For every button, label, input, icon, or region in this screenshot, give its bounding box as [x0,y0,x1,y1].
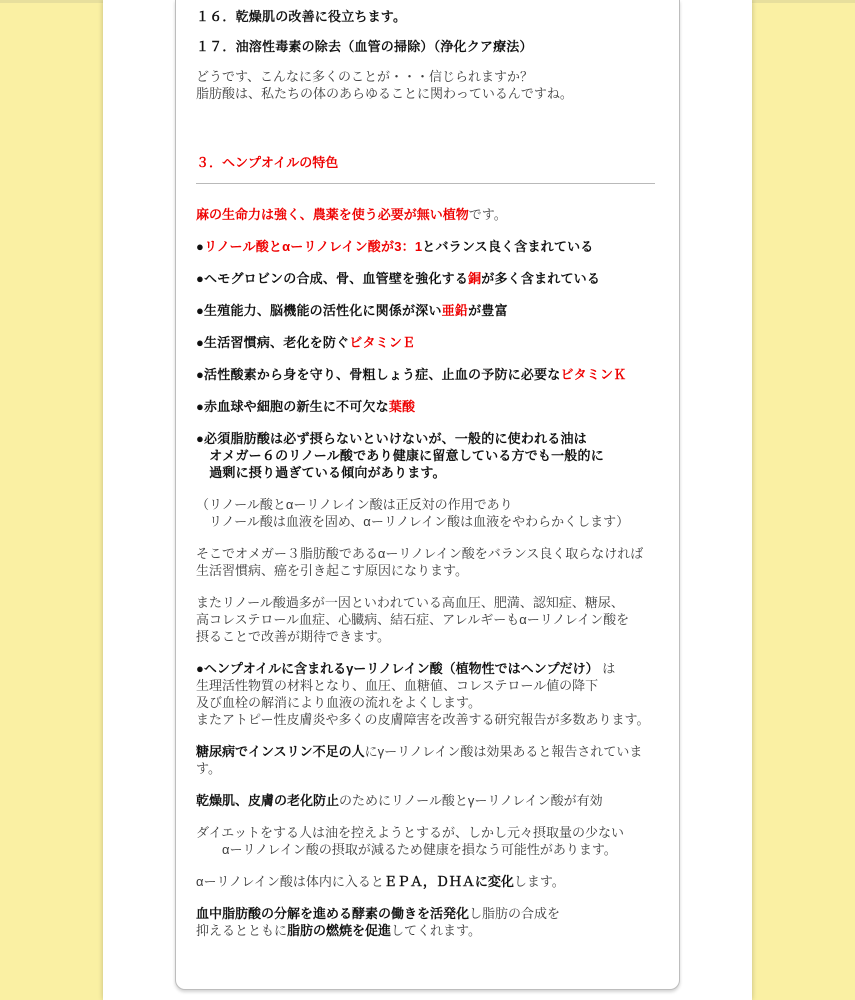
text-segment: 過剰に摂り過ぎている傾向があります。 [196,465,446,480]
paragraph: αーリノレイン酸は体内に入るとＥＰＡ，ＤＨＡに変化します。 [196,873,655,890]
text-line: ●リノール酸とαーリノレイン酸が3：1とバランス良く含まれている [196,238,655,255]
text-segment: またアトピー性皮膚炎や多くの皮膚障害を改善する研究報告が多数あります。 [196,712,649,727]
article-body: １６．乾燥肌の改善に役立ちます。１７．油溶性毒素の除去（血管の掃除）（浄化クア療… [196,8,655,939]
text-line: 抑えるとともに脂肪の燃焼を促進してくれます。 [196,922,655,939]
text-segment: 摂ることで改善が期待できます。 [196,629,390,644]
text-line: またリノール酸過多が一因といわれている高血圧、肥満、認知症、糖尿、 [196,594,655,611]
section-divider [196,183,655,184]
text-segment: どうです、こんなに多くのことが・・・信じられますか？ [196,69,533,84]
text-line: 摂ることで改善が期待できます。 [196,628,655,645]
text-segment: そこでオメガー３脂肪酸であるαーリノレイン酸をバランス良く取らなければ [196,546,643,561]
paragraph: 糖尿病でインスリン不足の人にγーリノレイン酸は効果あると報告されています。 [196,743,655,777]
text-line: そこでオメガー３脂肪酸であるαーリノレイン酸をバランス良く取らなければ [196,545,655,562]
text-line: ●活性酸素から身を守り、骨粗しょう症、止血の予防に必要なビタミンＫ [196,366,655,383]
text-line: 生活習慣病、癌を引き起こす原因になります。 [196,562,655,579]
text-segment: リノール酸とαーリノレイン酸が3：1 [204,239,422,254]
text-line: 糖尿病でインスリン不足の人にγーリノレイン酸は効果あると報告されています。 [196,743,655,777]
text-line: αーリノレイン酸は体内に入るとＥＰＡ，ＤＨＡに変化します。 [196,873,655,890]
bullet-item: ●活性酸素から身を守り、骨粗しょう症、止血の予防に必要なビタミンＫ [196,366,655,383]
text-segment: が多く含まれている [481,271,600,286]
text-segment: ●活性酸素から身を守り、骨粗しょう症、止血の予防に必要な [196,367,560,382]
section-heading: ３．ヘンプオイルの特色 [196,154,655,171]
bullet-item: ●必須脂肪酸は必ず摂らないといけないが、一般的に使われる油は オメガー６のリノー… [196,430,655,481]
text-line: ●生殖能力、脳機能の活性化に関係が深い亜鉛が豊富 [196,302,655,319]
text-segment: ●赤血球や細胞の新生に不可欠な [196,399,389,414]
text-segment: 亜鉛 [442,303,468,318]
text-line: またアトピー性皮膚炎や多くの皮膚障害を改善する研究報告が多数あります。 [196,711,655,728]
text-line: 血中脂肪酸の分解を進める酵素の働きを活発化し脂肪の合成を [196,905,655,922]
text-segment: ダイエットをする人は油を控えようとするが、しかし元々摂取量の少ない [196,825,624,840]
text-segment: 乾燥肌、皮膚の老化防止 [196,793,339,808]
paragraph: またリノール酸過多が一因といわれている高血圧、肥満、認知症、糖尿、高コレステロー… [196,594,655,645]
text-segment: です。 [469,207,507,222]
text-line: ３．ヘンプオイルの特色 [196,154,655,171]
text-line: ●赤血球や細胞の新生に不可欠な葉酸 [196,398,655,415]
text-segment: 血中脂肪酸の分解を進める酵素の働きを活発化 [196,906,469,921]
text-segment: リノール酸は血液を固め、αーリノレイン酸は血液をやわらかくします） [196,514,629,529]
list-item-heading: １７．油溶性毒素の除去（血管の掃除）（浄化クア療法） [196,38,655,55]
text-line: １７．油溶性毒素の除去（血管の掃除）（浄化クア療法） [196,38,655,55]
text-segment: αーリノレイン酸は体内に入ると [196,874,384,889]
bullet-item: ●リノール酸とαーリノレイン酸が3：1とバランス良く含まれている [196,238,655,255]
text-segment: とバランス良く含まれている [422,239,593,254]
text-segment: 生理活性物質の材料となり、血圧、血糖値、コレステロール値の降下 [196,678,598,693]
text-segment: ●生活習慣病、老化を防ぐ [196,335,349,350]
text-line: 高コレステロール血症、心臓病、結石症、アレルギーもαーリノレイン酸を [196,611,655,628]
text-segment: 麻の生命力は強く、農薬を使う必要が無い植物 [196,207,469,222]
text-segment: ● [196,239,204,254]
text-segment: ビタミンＫ [560,367,626,382]
text-segment: 高コレステロール血症、心臓病、結石症、アレルギーもαーリノレイン酸を [196,612,629,627]
bullet-item: ●ヘモグロビンの合成、骨、血管壁を強化する銅が多く含まれている [196,270,655,287]
text-segment: オメガー６のリノール酸であり健康に留意している方でも一般的に [196,448,604,463]
text-line: 過剰に摂り過ぎている傾向があります。 [196,464,655,481]
page-background: １６．乾燥肌の改善に役立ちます。１７．油溶性毒素の除去（血管の掃除）（浄化クア療… [0,0,855,1000]
text-segment: ビタミンＥ [349,335,415,350]
text-segment: ●ヘンプオイルに含まれるγーリノレイン酸（植物性ではヘンプだけ） [196,661,599,676]
text-segment: 葉酸 [389,399,415,414]
text-line: １６．乾燥肌の改善に役立ちます。 [196,8,655,25]
text-segment: 脂肪酸は、私たちの体のあらゆることに関わっているんですね。 [196,86,573,101]
text-segment: またリノール酸過多が一因といわれている高血圧、肥満、認知症、糖尿、 [196,595,624,610]
text-segment: 脂肪の燃焼を促進 [287,923,391,938]
paragraph: （リノール酸とαーリノレイン酸は正反対の作用であり リノール酸は血液を固め、αー… [196,496,655,530]
text-segment: 糖尿病でインスリン不足の人 [196,744,365,759]
text-line: 及び血栓の解消により血液の流れをよくします。 [196,694,655,711]
text-line: 麻の生命力は強く、農薬を使う必要が無い植物です。 [196,206,655,223]
text-segment: 銅 [468,271,481,286]
article-card: １６．乾燥肌の改善に役立ちます。１７．油溶性毒素の除去（血管の掃除）（浄化クア療… [175,0,680,990]
content-column: １６．乾燥肌の改善に役立ちます。１７．油溶性毒素の除去（血管の掃除）（浄化クア療… [103,0,752,1000]
text-line: ●必須脂肪酸は必ず摂らないといけないが、一般的に使われる油は [196,430,655,447]
text-segment: のためにリノール酸とγーリノレイン酸が有効 [339,793,603,808]
text-line: αーリノレイン酸の摂取が減るため健康を損なう可能性があります。 [196,841,655,858]
paragraph: 血中脂肪酸の分解を進める酵素の働きを活発化し脂肪の合成を抑えるとともに脂肪の燃焼… [196,905,655,939]
bullet-item: ●生殖能力、脳機能の活性化に関係が深い亜鉛が豊富 [196,302,655,319]
text-line: （リノール酸とαーリノレイン酸は正反対の作用であり [196,496,655,513]
text-segment: ３．ヘンプオイルの特色 [196,155,338,170]
paragraph: そこでオメガー３脂肪酸であるαーリノレイン酸をバランス良く取らなければ生活習慣病… [196,545,655,579]
text-segment: ●生殖能力、脳機能の活性化に関係が深い [196,303,442,318]
paragraph: 乾燥肌、皮膚の老化防止のためにリノール酸とγーリノレイン酸が有効 [196,792,655,809]
text-segment: １７．油溶性毒素の除去（血管の掃除）（浄化クア療法） [196,39,533,54]
text-segment: ＥＰＡ，ＤＨＡに変化 [384,874,514,889]
text-line: ●ヘンプオイルに含まれるγーリノレイン酸（植物性ではヘンプだけ） は [196,660,655,677]
text-line: ●ヘモグロビンの合成、骨、血管壁を強化する銅が多く含まれている [196,270,655,287]
bullet-item: ●生活習慣病、老化を防ぐビタミンＥ [196,334,655,351]
text-segment: 及び血栓の解消により血液の流れをよくします。 [196,695,481,710]
text-segment: します。 [514,874,565,889]
text-line: リノール酸は血液を固め、αーリノレイン酸は血液をやわらかくします） [196,513,655,530]
text-line: 脂肪酸は、私たちの体のあらゆることに関わっているんですね。 [196,85,655,102]
paragraph: ダイエットをする人は油を控えようとするが、しかし元々摂取量の少ない αーリノレイ… [196,824,655,858]
text-line: ●生活習慣病、老化を防ぐビタミンＥ [196,334,655,351]
paragraph: ●ヘンプオイルに含まれるγーリノレイン酸（植物性ではヘンプだけ） は生理活性物質… [196,660,655,728]
text-segment: 抑えるとともに [196,923,287,938]
text-segment: ●必須脂肪酸は必ず摂らないといけないが、一般的に使われる油は [196,431,587,446]
text-segment: ●ヘモグロビンの合成、骨、血管壁を強化する [196,271,468,286]
text-segment: 生活習慣病、癌を引き起こす原因になります。 [196,563,468,578]
text-segment: が豊富 [468,303,508,318]
text-line: オメガー６のリノール酸であり健康に留意している方でも一般的に [196,447,655,464]
text-line: 生理活性物質の材料となり、血圧、血糖値、コレステロール値の降下 [196,677,655,694]
text-line: ダイエットをする人は油を控えようとするが、しかし元々摂取量の少ない [196,824,655,841]
text-line: どうです、こんなに多くのことが・・・信じられますか？ [196,68,655,85]
text-segment: αーリノレイン酸の摂取が減るため健康を損なう可能性があります。 [196,842,617,857]
paragraph: 麻の生命力は強く、農薬を使う必要が無い植物です。 [196,206,655,223]
text-segment: してくれます。 [391,923,481,938]
text-segment: し脂肪の合成を [469,906,560,921]
text-segment: は [599,661,616,676]
text-segment: １６．乾燥肌の改善に役立ちます。 [196,9,406,24]
paragraph: どうです、こんなに多くのことが・・・信じられますか？脂肪酸は、私たちの体のあらゆ… [196,68,655,102]
list-item-heading: １６．乾燥肌の改善に役立ちます。 [196,8,655,25]
text-segment: （リノール酸とαーリノレイン酸は正反対の作用であり [196,497,513,512]
bullet-item: ●赤血球や細胞の新生に不可欠な葉酸 [196,398,655,415]
text-line: 乾燥肌、皮膚の老化防止のためにリノール酸とγーリノレイン酸が有効 [196,792,655,809]
